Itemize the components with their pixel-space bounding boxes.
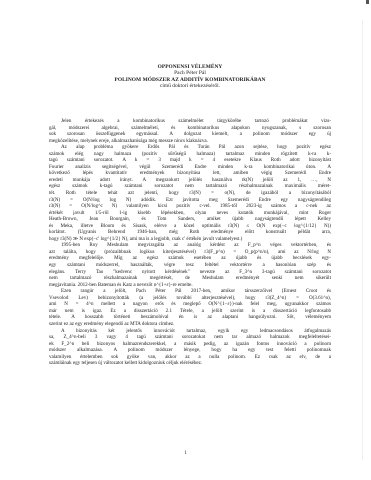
text-line: módszer alkalmazása. A polinom módszer l…: [49, 347, 331, 354]
text-line: r3(N) = O(N/log^c N) valamilyen kicsi po…: [49, 203, 331, 210]
paragraph: Ezen rangúr a jelölt, Pach Péter Pál 201…: [49, 288, 331, 327]
text-line: korlátot. (Ugyanis Behrend 1946-ban, még…: [49, 229, 331, 236]
text-line: nem tartalmazó részhalmazainak megértésé…: [49, 275, 331, 282]
document-page: OPPONENSI VÉLEMÉNY Pach Péter Pál POLINO…: [0, 0, 371, 480]
text-line: számláinak egy teljesen új változatot ke…: [49, 360, 331, 367]
paragraph: Az alap probléma gyökere Erdős Pál és Tu…: [49, 144, 331, 242]
text-line: ami N = 4^n mellett a nagyon erős és meg…: [49, 301, 331, 308]
text-line: Heath-Brown, Jean Bourgain, és Tom Sande…: [49, 216, 331, 223]
document-body: Jelen értekezés a kombinatorikus számelm…: [49, 118, 331, 367]
text-line: 1995-ben Roy Meshulam megvizsgálta az an…: [49, 242, 331, 249]
scan-corner-mark: [366, 0, 369, 4]
document-header: OPPONENSI VÉLEMÉNY Pach Péter Pál POLINO…: [40, 64, 340, 90]
text-line: Ezen rangúr a jelölt, Pach Péter Pál 201…: [49, 288, 331, 295]
paragraph: 1995-ben Roy Meshulam megvizsgálta az an…: [49, 242, 331, 288]
text-line: tét. Roth tétele tehát azt jelenti, hogy…: [49, 190, 331, 197]
header-subtitle: című doktori értekezéséről.: [40, 83, 340, 89]
paragraph: Jelen értekezés a kombinatorikus számelm…: [49, 118, 331, 144]
text-line: Az alap probléma gyökere Erdős Pál és Tu…: [49, 144, 331, 151]
text-line: Jelen értekezés a kombinatorikus számelm…: [49, 118, 331, 125]
paragraph: A bizonyítás két jelentős innovációt tar…: [49, 328, 331, 367]
text-line: tagú számtani sorozatot. A k = 3 majd k …: [49, 157, 331, 164]
text-line: következő lépés kvantitatív eredmények b…: [49, 170, 331, 177]
text-line: sa, Z_4^n-beli 3 vagy 4 tagú számtani so…: [49, 334, 331, 341]
page-number: 1: [0, 451, 371, 456]
text-line: tétele. A hosszabb történeti beszámolóva…: [49, 314, 331, 321]
scan-edge-shadow: [362, 20, 363, 460]
text-line: egy számtani módszerrel, használták, vég…: [49, 262, 331, 269]
text-line: sok szorosan összefüggenek egymással. A …: [49, 131, 331, 138]
